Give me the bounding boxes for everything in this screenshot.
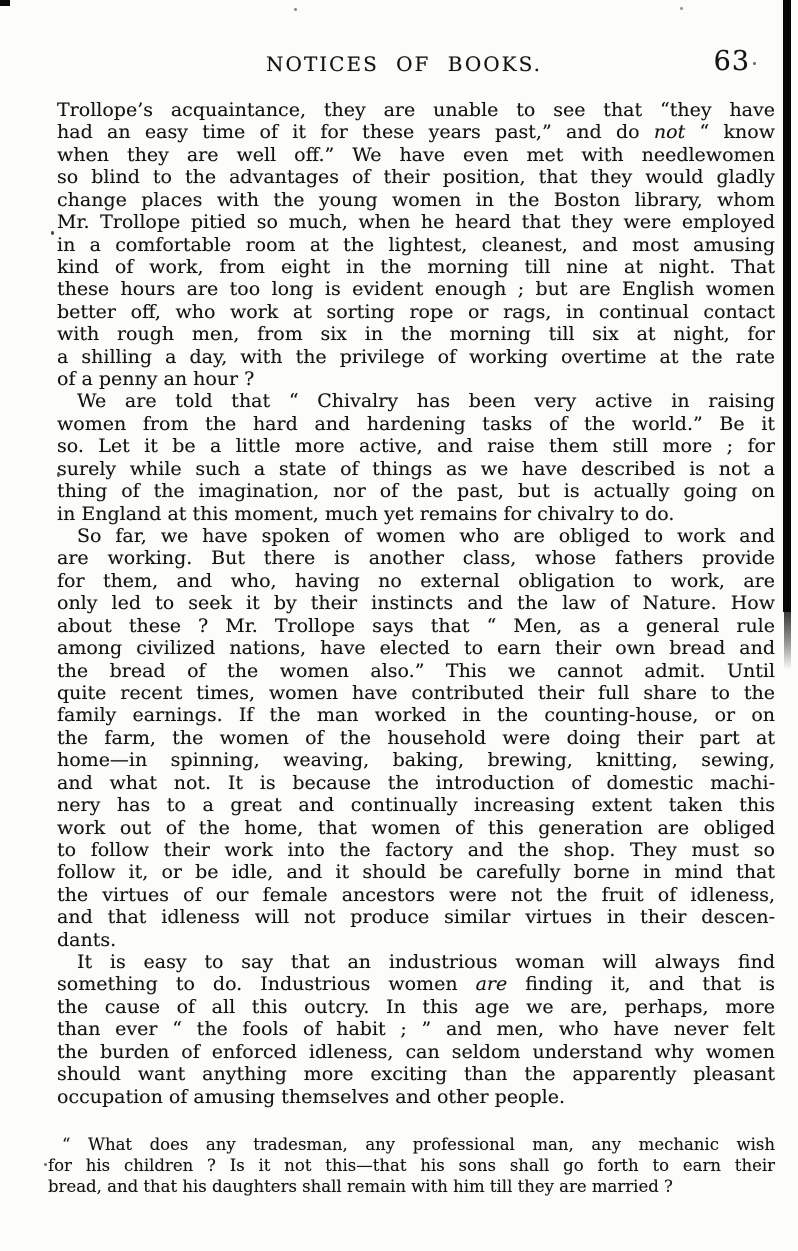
text-line: so blind to the advantages of their posi… [57,166,775,188]
text-line: Mr. Trollope pitied so much, when he hea… [57,211,775,233]
text-line: in England at this moment, much yet rema… [57,503,775,525]
text-line: and what not. It is because the introduc… [57,772,775,794]
text-line: when they are well off.” We have even me… [57,144,775,166]
text-line: only led to seek it by their instincts a… [57,592,775,614]
text-line: surely while such a state of things as w… [57,458,775,480]
scan-speck [51,231,54,235]
text-line: for them, and who, having no external ob… [57,570,775,592]
text-line: nery has to a great and continually incr… [57,794,775,816]
body-text: Trollope’s acquaintance, they are unable… [57,99,775,1197]
text-line: the virtues of our female ancestors were… [57,884,775,906]
text-line: to follow their work into the factory an… [57,839,775,861]
text-line: follow it, or be idle, and it should be … [57,861,775,883]
text-line: quite recent times, women have contribut… [57,682,775,704]
text-line: a shilling a day, with the privilege of … [57,346,775,368]
text-line: the bread of the women also.” This we ca… [57,660,775,682]
running-head-title: NOTICES OF BOOKS. [45,52,763,76]
text-line: the cause of all this outcry. In this ag… [57,996,775,1018]
text-line: for his children ? Is it not this—that h… [48,1155,775,1176]
text-line: the farm, the women of the household wer… [57,727,775,749]
text-line: the burden of enforced idleness, can sel… [57,1041,775,1063]
text-line: occupation of amusing themselves and oth… [57,1086,775,1108]
text-line: We are told that “ Chivalry has been ver… [57,390,775,412]
text-line: of a penny an hour ? [57,368,775,390]
text-line: these hours are too long is evident enou… [57,278,775,300]
text-line: are working. But there is another class,… [57,547,775,569]
text-line: kind of work, from eight in the morning … [57,256,775,278]
quote-paragraph: “ What does any tradesman, any professio… [48,1134,775,1197]
text-line: work out of the home, that women of this… [57,817,775,839]
text-line: dants. [57,929,775,951]
text-line: home—in spinning, weaving, baking, brewi… [57,749,775,771]
page-header: NOTICES OF BOOKS. 63 [57,52,775,82]
text-line: better off, who work at sorting rope or … [57,301,775,323]
text-line: among civilized nations, have elected to… [57,637,775,659]
text-line: with rough men, from six in the morning … [57,323,775,345]
text-line: family earnings. If the man worked in th… [57,704,775,726]
text-line: women from the hard and hardening tasks … [57,413,775,435]
text-line: than ever “ the fools of habit ; ” and m… [57,1018,775,1040]
paragraph: We are told that “ Chivalry has been ver… [57,390,775,525]
scan-artifact-right-bar-fade [784,612,791,670]
text-line: thing of the imagination, nor of the pas… [57,480,775,502]
scan-speck [44,1163,47,1166]
scan-speck [680,7,683,10]
text-line: should want anything more exciting than … [57,1063,775,1085]
scan-speck [57,472,60,477]
scan-artifact-right-bar [783,0,791,612]
text-line: and that idleness will not produce simil… [57,906,775,928]
text-line: bread, and that his daughters shall rema… [48,1176,775,1197]
scan-speck [294,8,297,11]
text-line: had an easy time of it for these years p… [57,121,775,143]
text-line: about these ? Mr. Trollope says that “ M… [57,615,775,637]
text-line: Trollope’s acquaintance, they are unable… [57,99,775,121]
paragraph: Trollope’s acquaintance, they are unable… [57,99,775,390]
text-line: It is easy to say that an industrious wo… [57,951,775,973]
page-number: 63 [714,46,750,77]
text-line: in a comfortable room at the lightest, c… [57,234,775,256]
text-line: “ What does any tradesman, any professio… [48,1134,775,1155]
paragraph: So far, we have spoken of women who are … [57,525,775,951]
scan-artifact-corner-mark [0,0,10,6]
text-line: change places with the young women in th… [57,189,775,211]
scan-speck [753,62,756,65]
paragraph: It is easy to say that an industrious wo… [57,951,775,1108]
text-line: So far, we have spoken of women who are … [57,525,775,547]
text-line: something to do. Industrious women are f… [57,973,775,995]
text-line: so. Let it be a little more active, and … [57,435,775,457]
